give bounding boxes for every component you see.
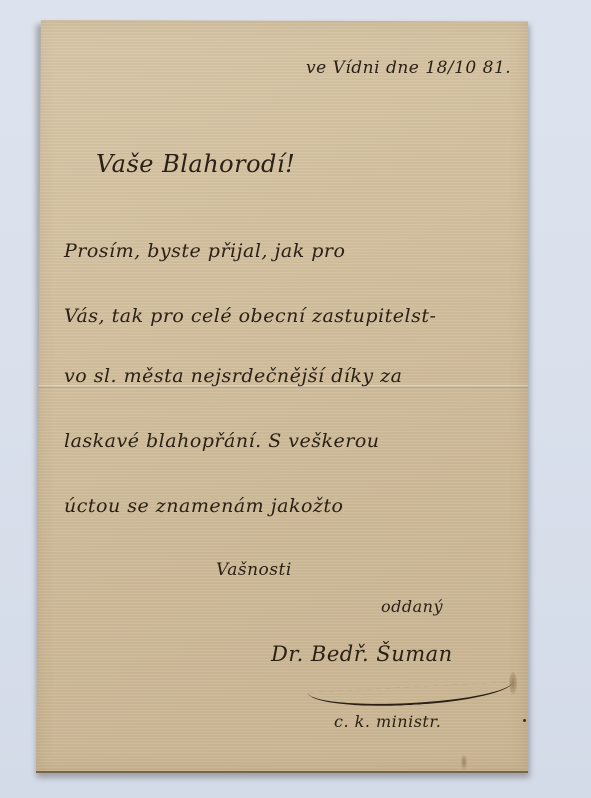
- body-line: úctou se znamenám jakožto: [64, 495, 343, 517]
- ink-stain: [461, 755, 467, 769]
- body-line: laskavé blahopřání. S veškerou: [64, 430, 380, 452]
- body-line: Prosím, byste přijal, jak pro: [64, 240, 345, 262]
- salutation: Vaše Blahorodí!: [96, 150, 295, 178]
- ink-dot: [523, 719, 526, 722]
- signature: Dr. Bedř. Šuman: [271, 642, 453, 666]
- closing: Vašnosti: [216, 560, 292, 580]
- signer-title: c. k. ministr.: [334, 712, 441, 731]
- closing-oddany: oddaný: [381, 597, 443, 616]
- place-date: ve Vídni dne 18/10 81.: [306, 58, 511, 78]
- body-line: vo sl. města nejsrdečnější díky za: [64, 365, 403, 387]
- letter-paper: ve Vídni dne 18/10 81. Vaše Blahorodí! P…: [36, 20, 528, 773]
- ink-stain: [509, 672, 517, 694]
- body-line: Vás, tak pro celé obecní zastupitelst-: [64, 305, 436, 327]
- signature-flourish: [308, 682, 514, 711]
